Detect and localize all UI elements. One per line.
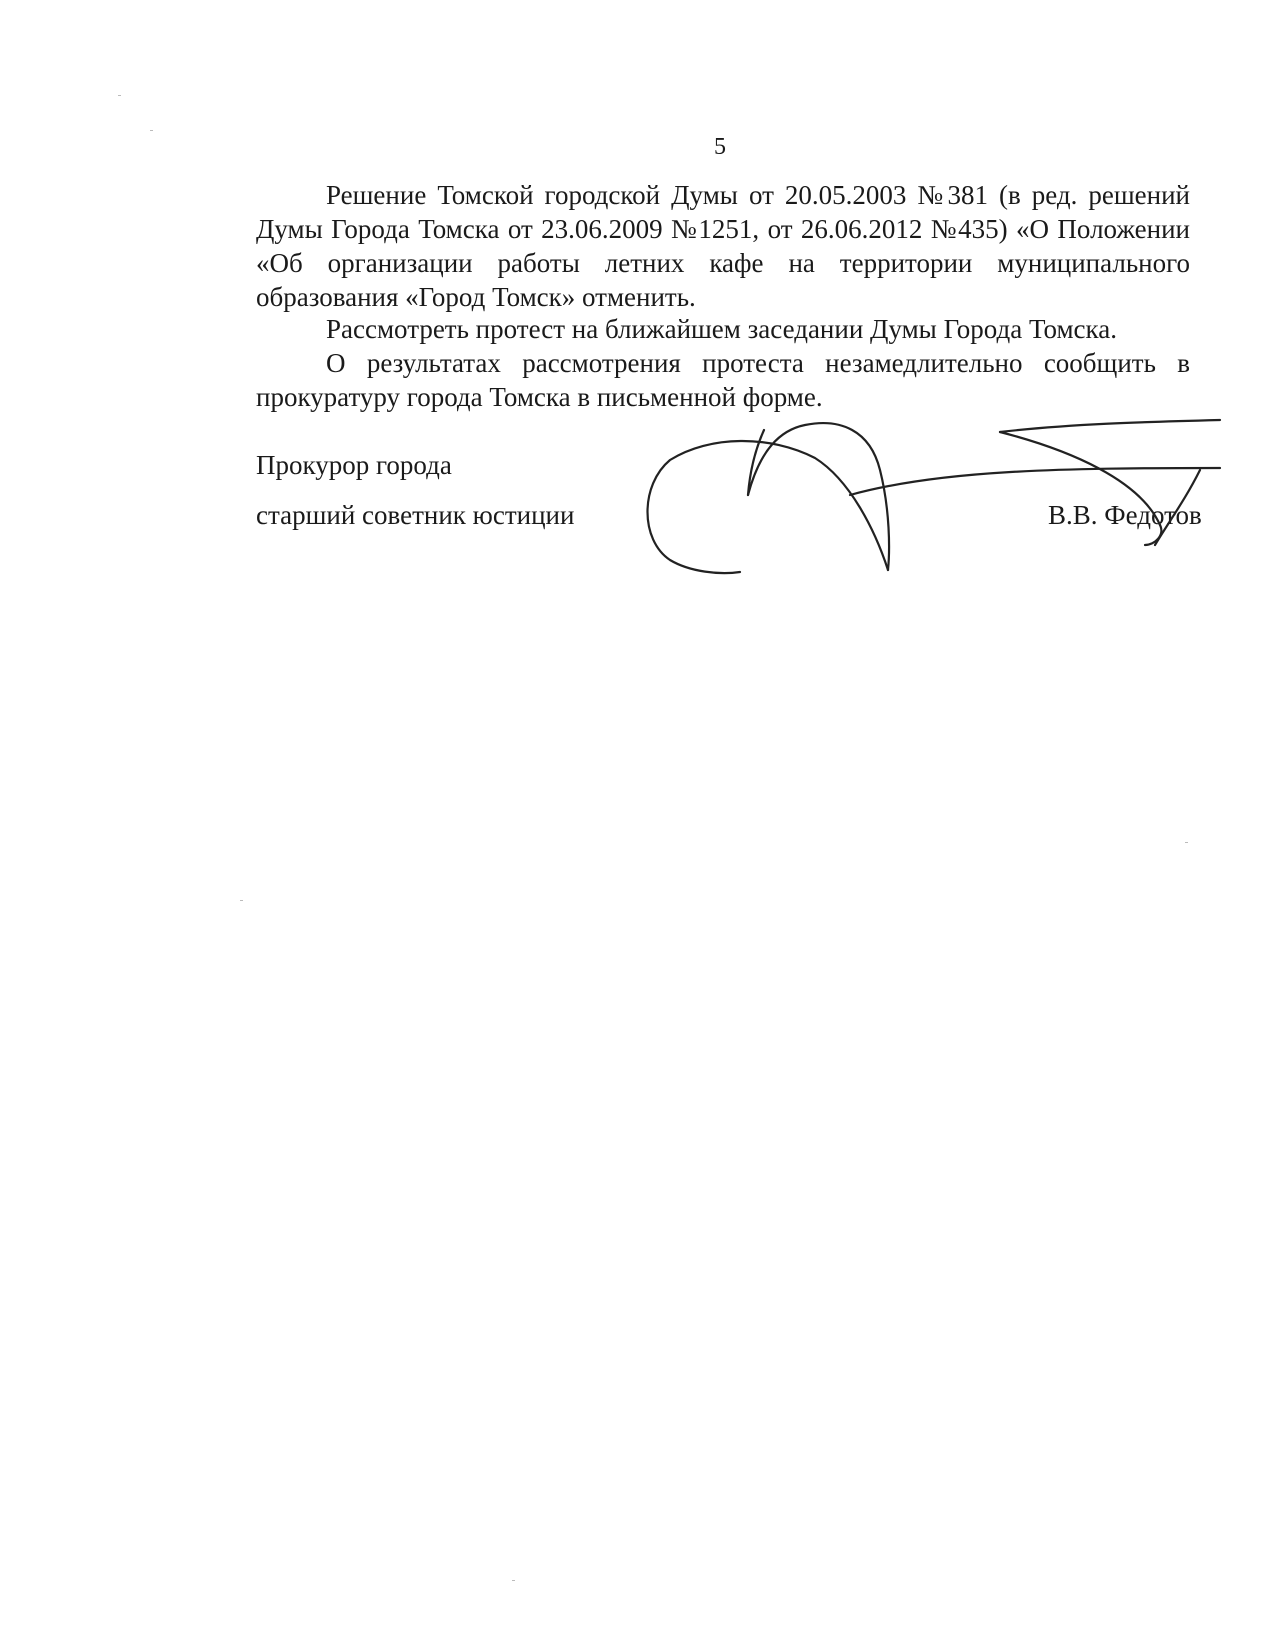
paragraph-report-results: О результатах рассмотрения протеста неза…: [256, 346, 1190, 414]
paragraph-decision-cancel: Решение Томской городской Думы от 20.05.…: [256, 178, 1190, 314]
handwritten-signature-icon: [640, 410, 1240, 590]
scan-speck: [512, 1580, 515, 1581]
signatory-title: Прокурор города: [256, 450, 452, 481]
scan-speck: [150, 130, 153, 131]
scan-speck: [1185, 842, 1188, 843]
signatory-rank: старший советник юстиции: [256, 500, 574, 531]
scan-speck: [240, 900, 243, 901]
page-number: 5: [700, 134, 740, 161]
paragraph-consider-protest: Рассмотреть протест на ближайшем заседан…: [256, 312, 1190, 346]
scan-speck: [118, 95, 121, 96]
